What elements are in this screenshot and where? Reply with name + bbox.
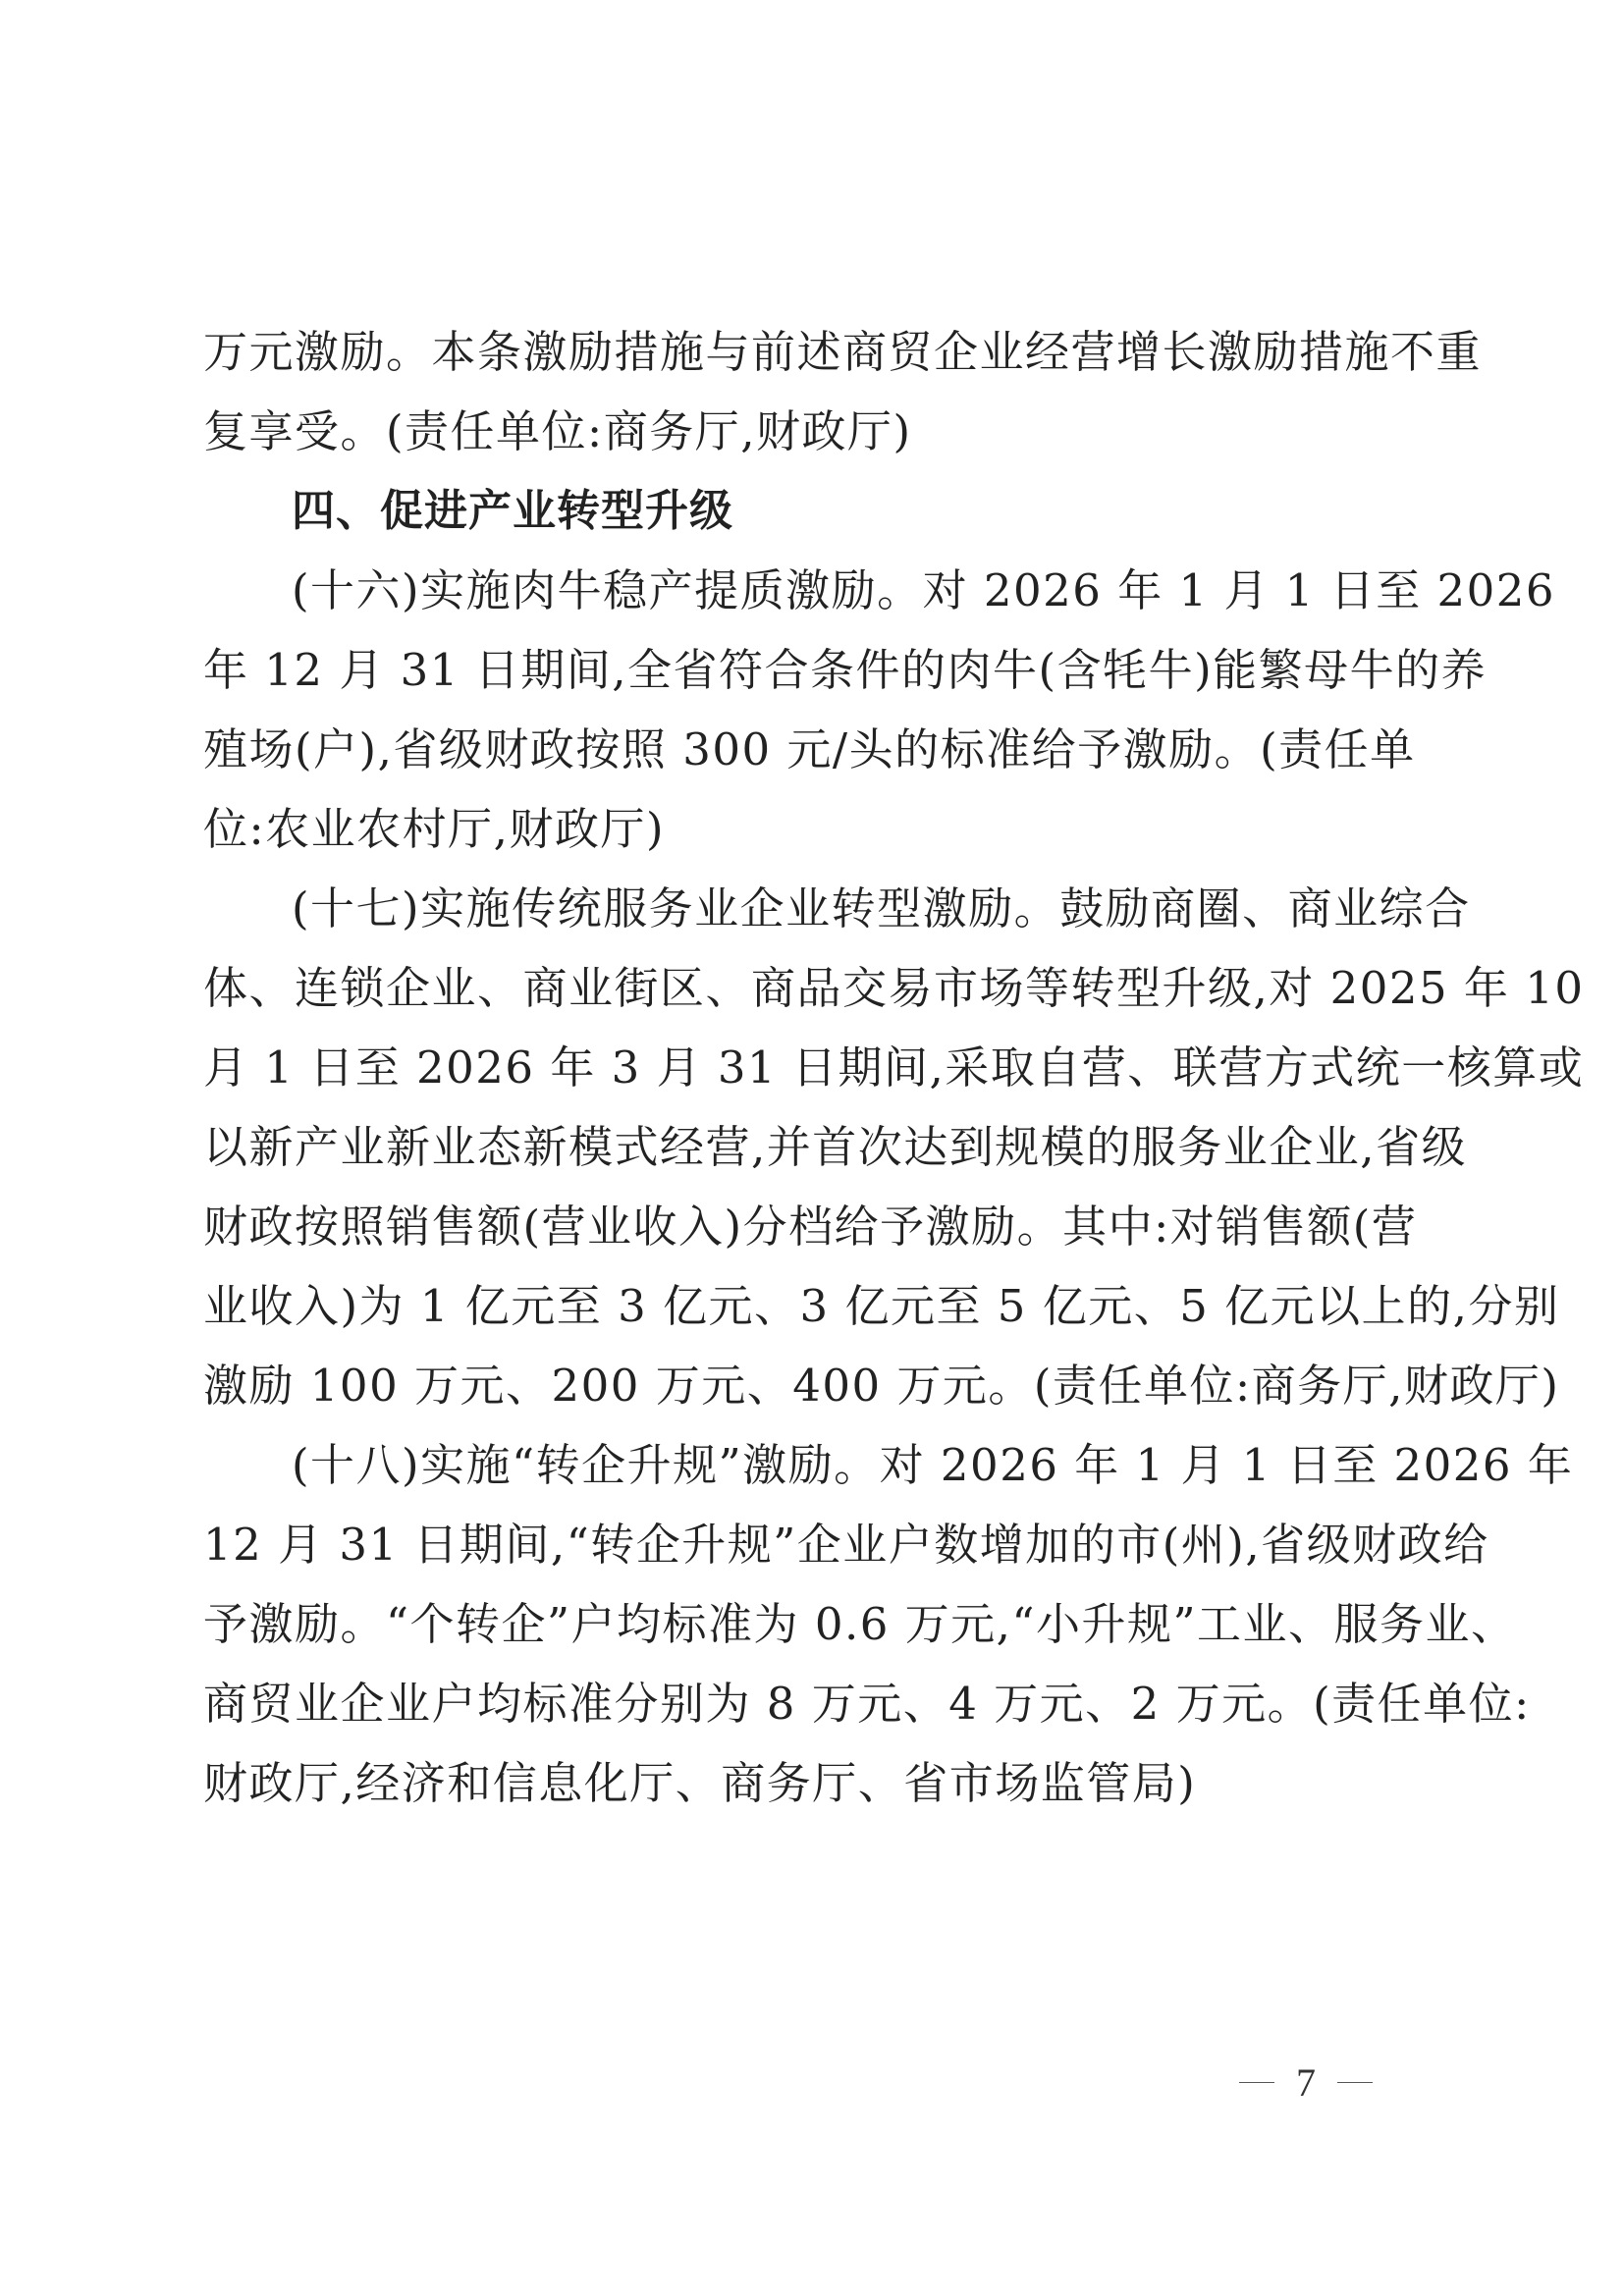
paragraph-line: 复享受。(责任单位:商务厅,财政厅) bbox=[203, 392, 1378, 471]
paragraph-line: 万元激励。本条激励措施与前述商贸企业经营增长激励措施不重 bbox=[203, 312, 1378, 392]
item-17-line: 财政按照销售额(营业收入)分档给予激励。其中:对销售额(营 bbox=[203, 1187, 1378, 1266]
dash-left bbox=[1239, 2082, 1274, 2083]
dash-right bbox=[1337, 2082, 1373, 2083]
item-16-line: (十六)实施肉牛稳产提质激励。对 2026 年 1 月 1 日至 2026 bbox=[203, 551, 1378, 630]
item-18-line: 12 月 31 日期间,“转企升规”企业户数增加的市(州),省级财政给 bbox=[203, 1505, 1378, 1584]
item-17-line: 体、连锁企业、商业街区、商品交易市场等转型升级,对 2025 年 10 bbox=[203, 948, 1378, 1028]
item-17-line: 业收入)为 1 亿元至 3 亿元、3 亿元至 5 亿元、5 亿元以上的,分别 bbox=[203, 1266, 1378, 1346]
section-heading: 四、促进产业转型升级 bbox=[203, 471, 1378, 551]
item-17-line: 月 1 日至 2026 年 3 月 31 日期间,采取自营、联营方式统一核算或 bbox=[203, 1028, 1378, 1107]
item-17-line: (十七)实施传统服务业企业转型激励。鼓励商圈、商业综合 bbox=[203, 869, 1378, 948]
item-16-line: 年 12 月 31 日期间,全省符合条件的肉牛(含牦牛)能繁母牛的养 bbox=[203, 630, 1378, 710]
item-18-line: 予激励。“个转企”户均标准为 0.6 万元,“小升规”工业、服务业、 bbox=[203, 1584, 1378, 1664]
item-16-line: 殖场(户),省级财政按照 300 元/头的标准给予激励。(责任单 bbox=[203, 710, 1378, 789]
item-18-line: 商贸业企业户均标准分别为 8 万元、4 万元、2 万元。(责任单位: bbox=[203, 1664, 1378, 1743]
item-18-line: 财政厅,经济和信息化厅、商务厅、省市场监管局) bbox=[203, 1743, 1378, 1823]
page-number: 7 bbox=[1227, 2057, 1384, 2107]
item-17-line: 激励 100 万元、200 万元、400 万元。(责任单位:商务厅,财政厅) bbox=[203, 1346, 1378, 1425]
document-body: 万元激励。本条激励措施与前述商贸企业经营增长激励措施不重 复享受。(责任单位:商… bbox=[203, 312, 1378, 1823]
item-16-line: 位:农业农村厅,财政厅) bbox=[203, 789, 1378, 869]
page-number-value: 7 bbox=[1296, 2059, 1316, 2106]
item-17-line: 以新产业新业态新模式经营,并首次达到规模的服务业企业,省级 bbox=[203, 1107, 1378, 1187]
item-18-line: (十八)实施“转企升规”激励。对 2026 年 1 月 1 日至 2026 年 bbox=[203, 1425, 1378, 1505]
